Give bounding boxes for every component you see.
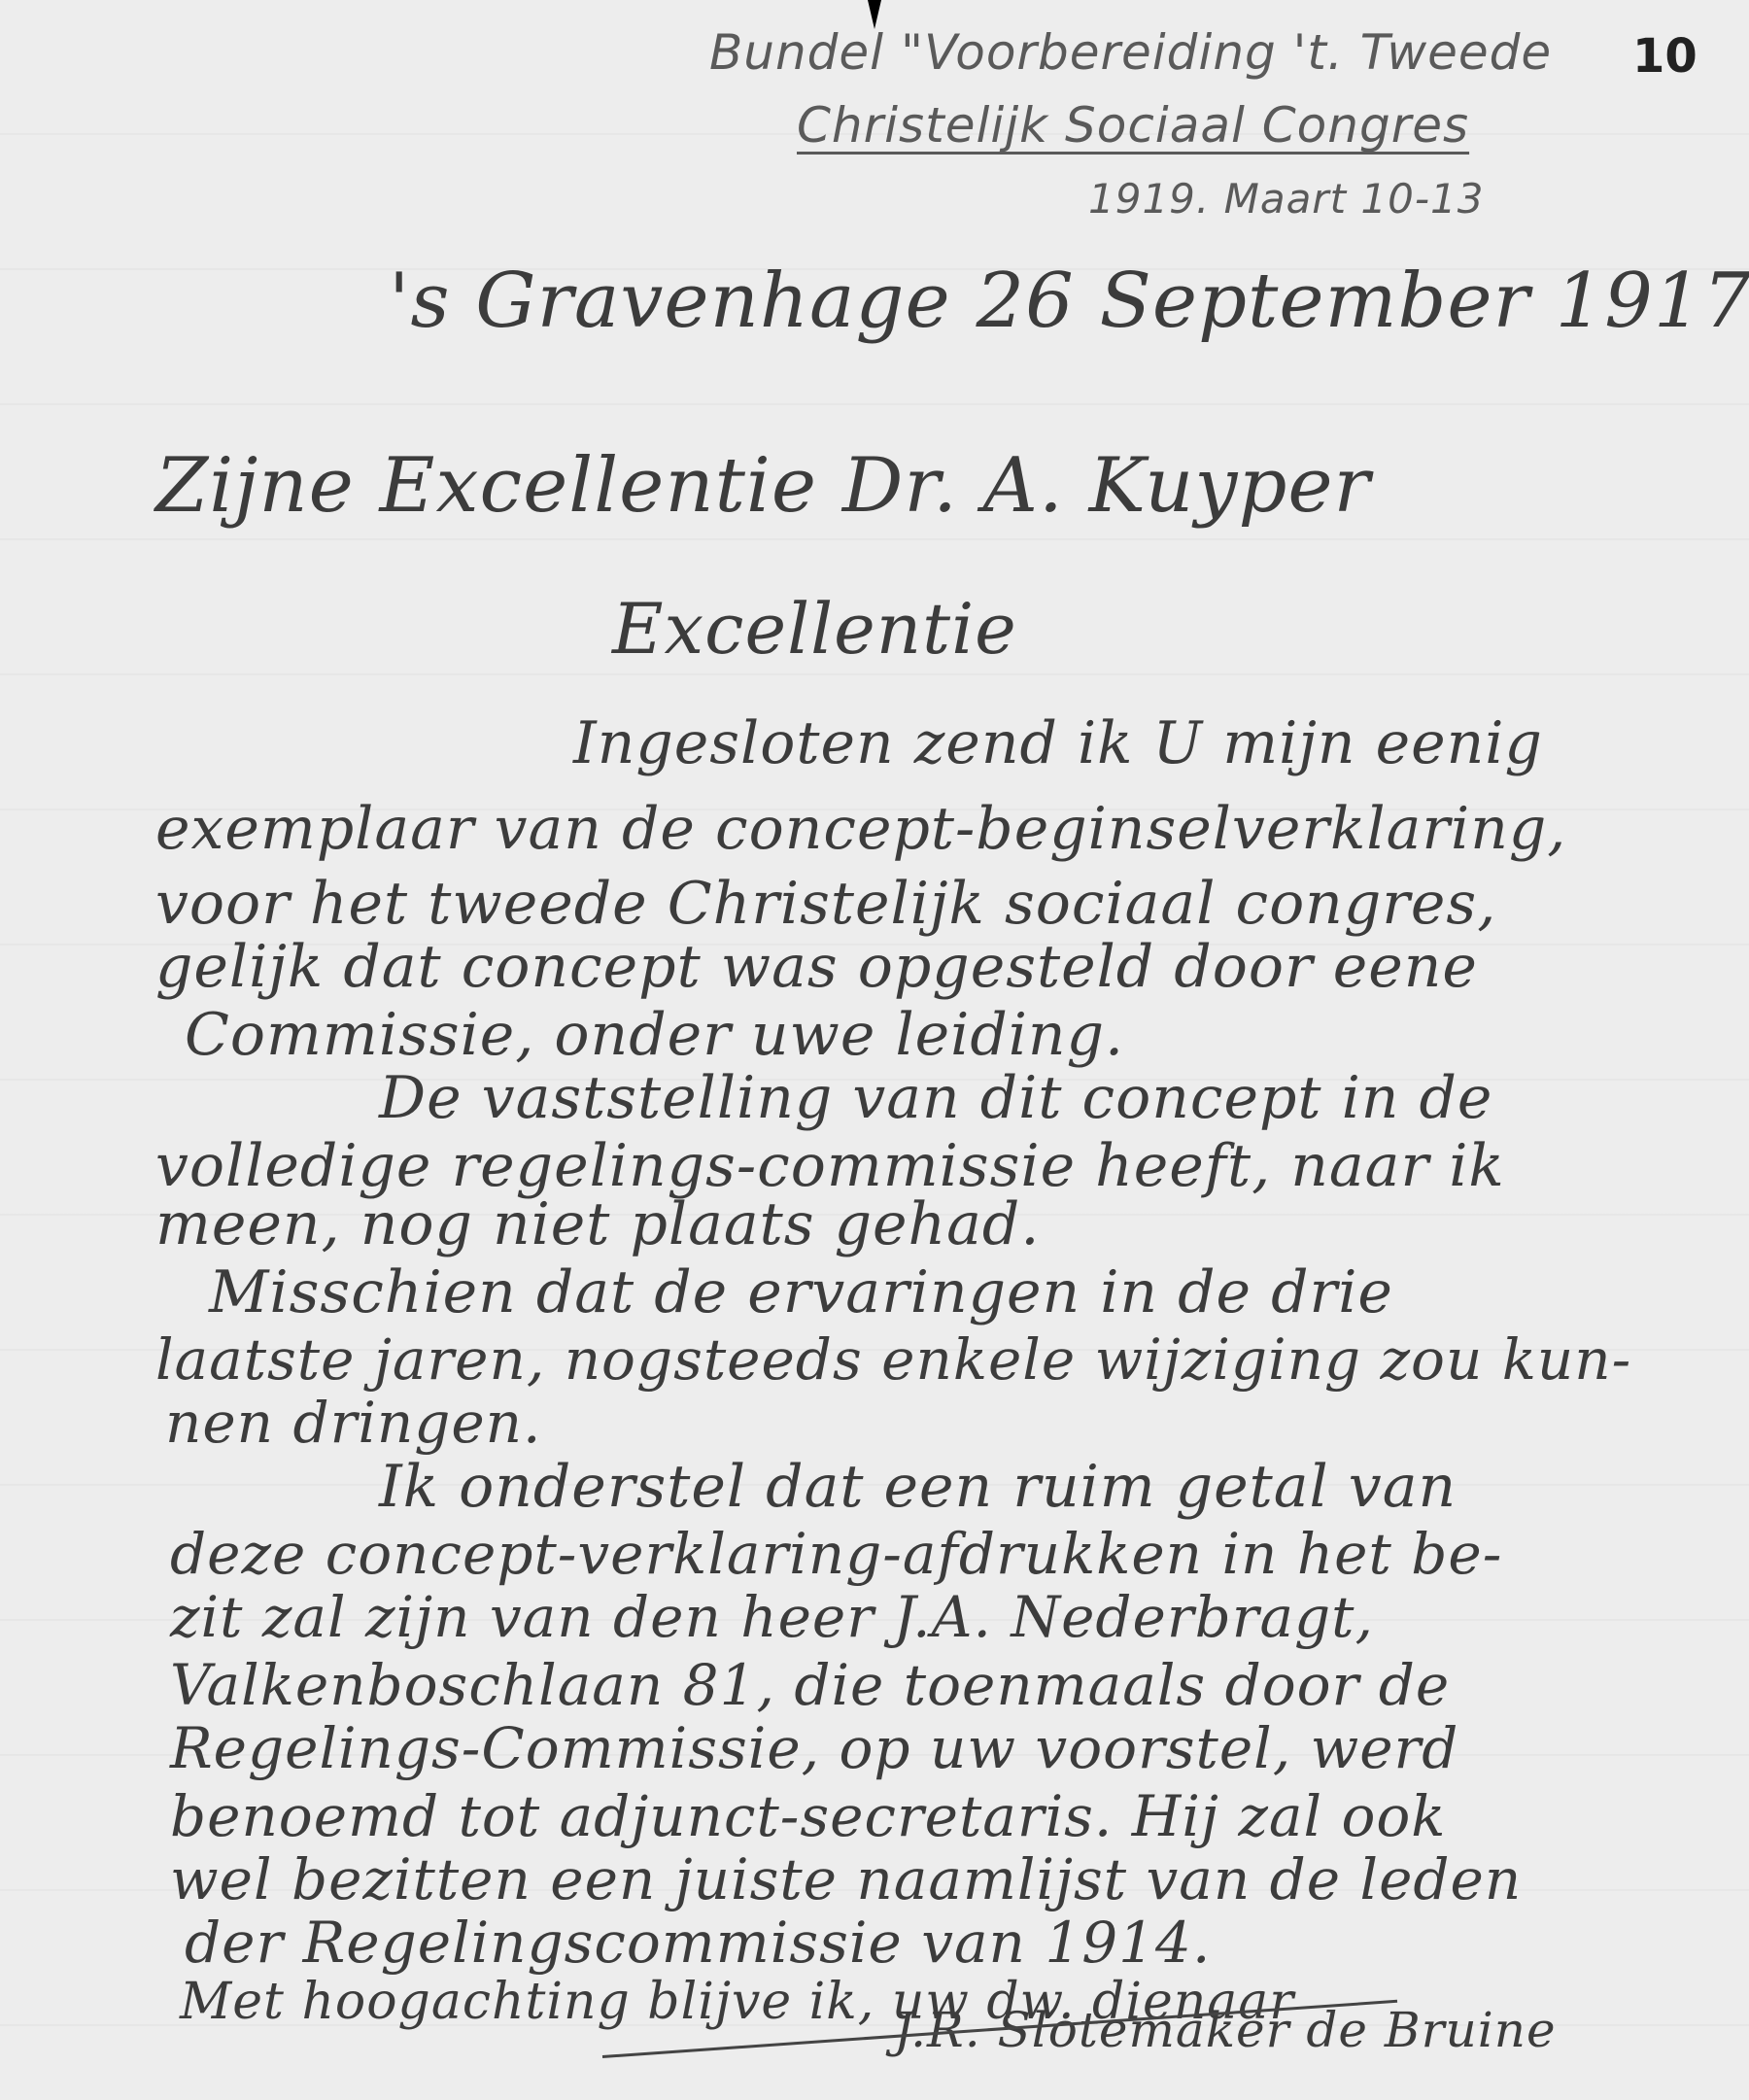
archive-note-line2: Christelijk Sociaal Congres xyxy=(797,97,1469,154)
archive-note-line1: Bundel "Voorbereiding 't. Tweede xyxy=(709,24,1552,81)
body-line-17: benoemd tot adjunct-secretaris. Hij zal … xyxy=(170,1783,1446,1849)
body-line-11: nen dringen. xyxy=(165,1390,541,1456)
body-line-13: deze concept-verklaring-afdrukken in het… xyxy=(170,1521,1502,1587)
letter-page: Bundel "Voorbereiding 't. Tweede 10 Chri… xyxy=(0,0,1749,2100)
body-line-10: laatste jaren, nogsteeds enkele wijzigin… xyxy=(155,1326,1631,1393)
salutation: Excellentie xyxy=(612,588,1017,670)
body-line-16: Regelings-Commissie, op uw voorstel, wer… xyxy=(170,1715,1458,1781)
body-line-15: Valkenboschlaan 81, die toenmaals door d… xyxy=(170,1652,1450,1718)
body-line-1: Ingesloten zend ik U mijn eenig xyxy=(573,709,1543,777)
body-line-3: voor het tweede Christelijk sociaal cong… xyxy=(155,870,1496,938)
body-line-5: Commissie, onder uwe leiding. xyxy=(185,1001,1124,1069)
addressee: Zijne Excellentie Dr. A. Kuyper xyxy=(155,442,1371,530)
body-line-6: De vaststelling van dit concept in de xyxy=(379,1064,1492,1132)
body-line-8: meen, nog niet plaats gehad. xyxy=(155,1190,1040,1258)
body-line-18: wel bezitten een juiste naamlijst van de… xyxy=(170,1846,1522,1912)
body-line-9: Misschien dat de ervaringen in de drie xyxy=(209,1258,1393,1326)
body-line-2: exemplaar van de concept-beginselverklar… xyxy=(155,795,1566,863)
place-date: 's Gravenhage 26 September 1917 xyxy=(389,258,1749,345)
body-line-12: Ik onderstel dat een ruim getal van xyxy=(379,1453,1457,1521)
body-line-19: der Regelingscommissie van 1914. xyxy=(185,1910,1211,1976)
archive-note-line3: 1919. Maart 10-13 xyxy=(1088,175,1484,223)
archive-number: 10 xyxy=(1632,29,1698,84)
body-line-14: zit zal zijn van den heer J.A. Nederbrag… xyxy=(170,1584,1374,1650)
body-line-4: gelijk dat concept was opgesteld door ee… xyxy=(155,933,1478,1001)
